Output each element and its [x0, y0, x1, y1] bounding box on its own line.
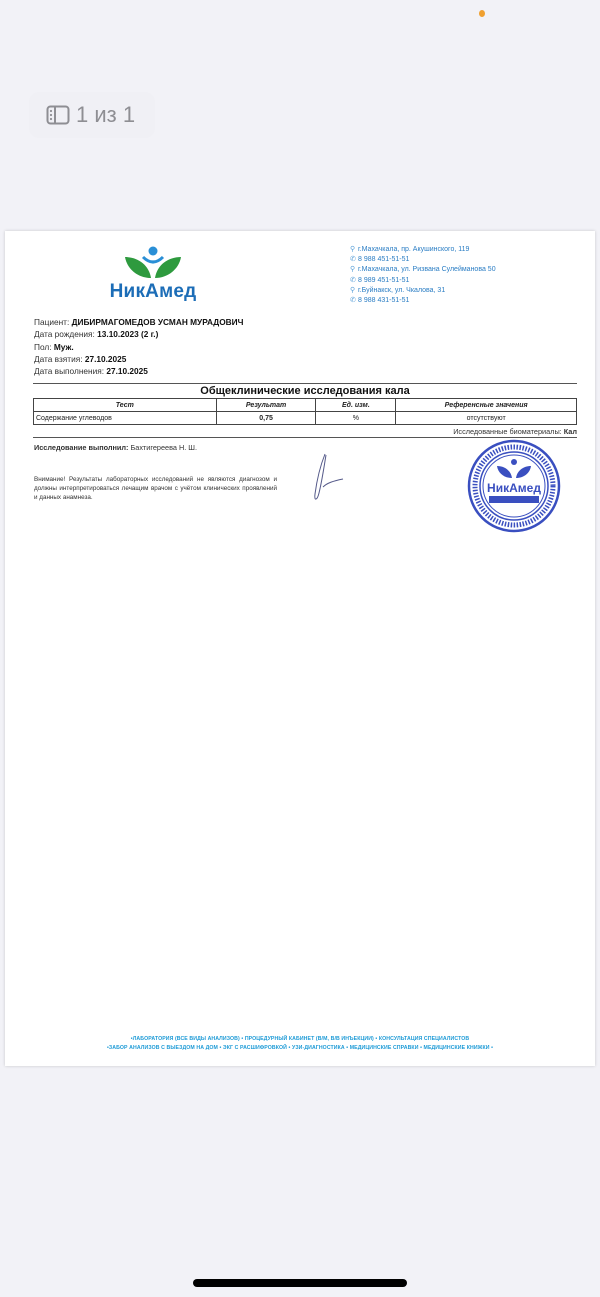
contact-line: ⚲г.Махачкала, пр. Акушинского, 119: [350, 245, 496, 255]
footer-line-1: •ЛАБОРАТОРИЯ (ВСЕ ВИДЫ АНАЛИЗОВ) • ПРОЦЕ…: [5, 1035, 595, 1044]
table-header-row: Тест Результат Ед. изм. Референсные знач…: [34, 399, 577, 412]
home-indicator[interactable]: [193, 1279, 407, 1287]
svg-text:НикАмед: НикАмед: [487, 481, 541, 495]
patient-name: ДИБИРМАГОМЕДОВ УСМАН МУРАДОВИЧ: [72, 317, 244, 327]
contact-line: ✆8 988 451-51-51: [350, 255, 496, 265]
phone-icon: ✆: [350, 276, 358, 286]
patient-info: Пациент: ДИБИРМАГОМЕДОВ УСМАН МУРАДОВИЧ …: [34, 316, 243, 377]
footer-services: •ЛАБОРАТОРИЯ (ВСЕ ВИДЫ АНАЛИЗОВ) • ПРОЦЕ…: [5, 1035, 595, 1053]
phone-icon: ✆: [350, 296, 358, 306]
clinic-stamp: НикАмед: [467, 439, 561, 533]
signature: [305, 449, 350, 514]
patient-name-row: Пациент: ДИБИРМАГОМЕДОВ УСМАН МУРАДОВИЧ: [34, 316, 243, 328]
column-header-test: Тест: [34, 399, 217, 412]
results-title: Общеклинические исследования кала: [33, 385, 577, 397]
page-counter-label: 1 из 1: [76, 102, 135, 128]
biomaterial-line: Исследованные биоматериалы: Кал: [453, 427, 577, 436]
document-page: НикАмед ⚲г.Махачкала, пр. Акушинского, 1…: [5, 231, 595, 1066]
column-header-result: Результат: [216, 399, 316, 412]
divider: [33, 383, 577, 384]
biomaterial: Кал: [564, 427, 577, 436]
logo-text: НикАмед: [98, 281, 208, 303]
recording-indicator-dot: [479, 10, 485, 17]
sex: Муж.: [54, 342, 74, 352]
location-icon: ⚲: [350, 286, 358, 296]
taken-date: 27.10.2025: [85, 354, 127, 364]
clinic-contacts: ⚲г.Махачкала, пр. Акушинского, 119 ✆8 98…: [350, 245, 496, 306]
page-counter-button[interactable]: 1 из 1: [29, 92, 155, 138]
cell-unit: %: [316, 412, 396, 425]
results-table: Тест Результат Ед. изм. Референсные знач…: [33, 398, 577, 425]
divider: [33, 437, 577, 438]
cell-test: Содержание углеводов: [34, 412, 217, 425]
column-header-unit: Ед. изм.: [316, 399, 396, 412]
footer-line-2: •ЗАБОР АНАЛИЗОВ С ВЫЕЗДОМ НА ДОМ • ЭКГ С…: [5, 1044, 595, 1053]
sex-row: Пол: Муж.: [34, 341, 243, 353]
birth-date: 13.10.2023 (2 г.): [97, 329, 158, 339]
table-row: Содержание углеводов 0,75 % отсутствуют: [34, 412, 577, 425]
sidebar-icon: [46, 105, 70, 125]
location-icon: ⚲: [350, 265, 358, 275]
performer-line: Исследование выполнил: Бахтигереева Н. Ш…: [34, 443, 197, 452]
done-date-row: Дата выполнения: 27.10.2025: [34, 365, 243, 377]
clinic-logo: НикАмед: [98, 245, 208, 303]
taken-date-row: Дата взятия: 27.10.2025: [34, 353, 243, 365]
contact-line: ✆8 988 431-51-51: [350, 296, 496, 306]
birth-date-row: Дата рождения: 13.10.2023 (2 г.): [34, 328, 243, 340]
column-header-reference: Референсные значения: [396, 399, 577, 412]
contact-line: ⚲г.Махачкала, ул. Ризвана Сулейманова 50: [350, 265, 496, 275]
location-icon: ⚲: [350, 245, 358, 255]
contact-line: ⚲г.Буйнакск, ул. Чкалова, 31: [350, 286, 496, 296]
contact-line: ✆8 989 451-51-51: [350, 276, 496, 286]
logo-leaves-icon: [122, 245, 184, 281]
cell-result: 0,75: [216, 412, 316, 425]
done-date: 27.10.2025: [106, 366, 148, 376]
warning-text: Внимание! Результаты лабораторных исслед…: [34, 475, 277, 502]
phone-icon: ✆: [350, 255, 358, 265]
cell-reference: отсутствуют: [396, 412, 577, 425]
performer-name: Бахтигереева Н. Ш.: [131, 443, 197, 452]
